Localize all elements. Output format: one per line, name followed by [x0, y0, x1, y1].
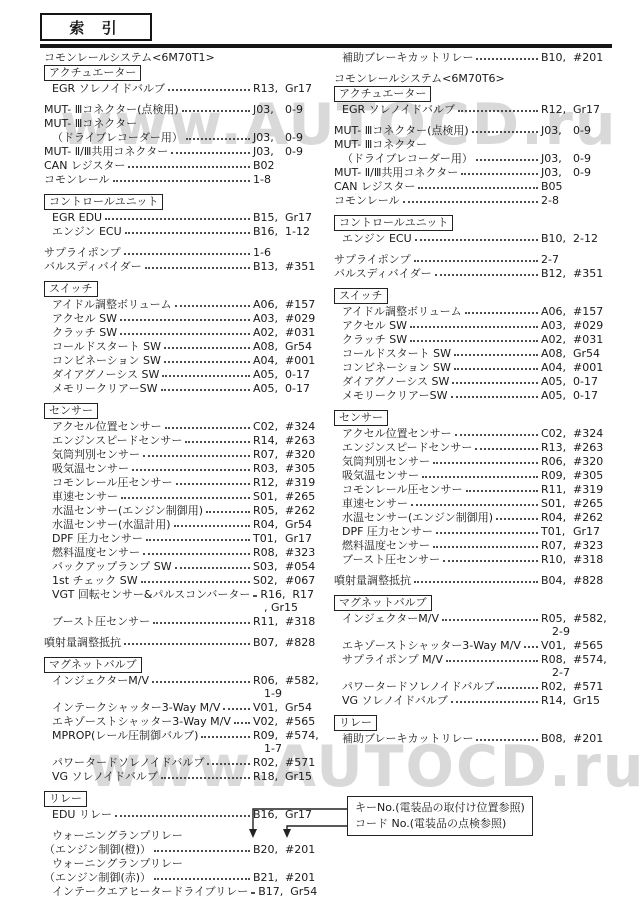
entry-label-row: ウォーニングランプリレー [44, 828, 320, 842]
entry-code: R09,#305 [541, 469, 618, 482]
dotted-leader [436, 532, 538, 534]
spacer [44, 395, 320, 402]
entry-code: 1-8 [253, 173, 320, 186]
entry-label: コモンレール圧センサー [44, 476, 173, 489]
spacer [44, 783, 320, 790]
index-entry-row: CAN レジスターB05 [334, 179, 618, 193]
index-entry-row: 気筒判別センサーR06,#320 [334, 454, 618, 468]
entry-label: クラッチ SW [44, 326, 117, 339]
dotted-leader [497, 687, 538, 689]
entry-code-continuation: 2-9 [552, 625, 618, 638]
index-entry-row: コモンレール2-8 [334, 193, 618, 207]
page-title-box: 索 引 [40, 13, 152, 41]
entry-code-no: #828 [285, 636, 315, 649]
dotted-leader [125, 232, 250, 234]
entry-code: A05,0-17 [541, 375, 618, 388]
dotted-leader [124, 253, 250, 255]
entry-key-no: A02, [253, 326, 285, 339]
legend-line-code: コード No.(電装品の点検参照) [355, 816, 525, 832]
section-heading: センサー [334, 410, 388, 426]
entry-key-no: 2-7 [541, 253, 573, 266]
index-entry-row: コールドスタート SWA08,Gr54 [334, 346, 618, 360]
entry-code-no: R17 [292, 588, 314, 601]
entry-key-no: J03, [541, 124, 573, 137]
entry-key-no: B12, [541, 267, 573, 280]
entry-code: R14,#263 [253, 434, 320, 447]
spacer [334, 116, 618, 123]
entry-code: B08,#201 [541, 732, 618, 745]
entry-code: T01,Gr17 [541, 525, 618, 538]
entry-code-no: 0-17 [573, 389, 598, 402]
section-heading: アクチュエーター [334, 86, 431, 102]
dotted-leader [164, 347, 250, 349]
entry-code: A05,0-17 [253, 368, 320, 381]
entry-code-no: #054 [285, 560, 315, 573]
entry-key-no: R02, [253, 756, 285, 769]
entry-label: VG ソレノイドバルブ [44, 770, 158, 783]
section-heading-row: アクチュエーター [44, 64, 320, 81]
entry-code: R04,Gr54 [253, 518, 320, 531]
entry-label: アクセル SW [44, 312, 117, 325]
entry-code-no: #318 [285, 615, 315, 628]
entry-key-no: A02, [541, 333, 573, 346]
entry-code: T01,Gr17 [253, 532, 320, 545]
entry-label: コンビネーション SW [334, 361, 451, 374]
entry-key-no: R11, [253, 615, 285, 628]
index-entry-row: 吸気温センサーR03,#305 [44, 461, 320, 475]
entry-code: B20,#201 [253, 843, 320, 856]
dotted-leader [223, 708, 250, 710]
entry-key-no: J03, [253, 145, 285, 158]
entry-key-no: S02, [253, 574, 285, 587]
entry-label: ウォーニングランプリレー [44, 857, 183, 870]
dotted-leader [458, 110, 538, 112]
entry-label: 水温センサー(エンジン制御用) [44, 504, 203, 517]
index-entry-row: VGT 回転センサー&パルスコンバーターR16,R17 [44, 587, 320, 601]
entry-code-no: #571 [573, 680, 603, 693]
entry-code: B21,#201 [253, 871, 320, 884]
entry-label: エンジンスピードセンサー [44, 434, 182, 447]
index-entry-row: VG ソレノイドバルブR18,Gr15 [44, 769, 320, 783]
spacer [44, 238, 320, 245]
entry-code-no: Gr54 [285, 518, 312, 531]
index-entry-row: 水温センサー(エンジン制御用)R05,#262 [44, 503, 320, 517]
index-entry-row: MPROP(レール圧制御バルブ)R09,#574, [44, 728, 320, 742]
entry-code: 2-7 [541, 253, 618, 266]
entry-code: R12,Gr17 [541, 103, 618, 116]
entry-label: クラッチ SW [334, 333, 407, 346]
dotted-leader [524, 646, 538, 648]
dotted-leader [451, 701, 538, 703]
spacer [334, 207, 618, 214]
entry-code: 2-8 [541, 194, 618, 207]
entry-key-no: 1-6 [253, 246, 285, 259]
entry-label: メモリークリアーSW [44, 382, 158, 395]
index-entry-row: エンジンスピードセンサーR14,#263 [44, 433, 320, 447]
entry-code-no: 0-17 [285, 382, 310, 395]
entry-code-no: #262 [285, 504, 315, 517]
dotted-leader [171, 152, 250, 154]
entry-label: サプライポンプ [44, 246, 121, 259]
entry-code: A08,Gr54 [541, 347, 618, 360]
entry-key-no: R10, [541, 553, 573, 566]
index-entry-row: クラッチ SWA02,#031 [334, 332, 618, 346]
entry-key-no: J03, [541, 152, 573, 165]
entry-code: R18,Gr15 [253, 770, 320, 783]
entry-label: （ドライブレコーダー用） [44, 131, 183, 144]
dotted-leader [446, 660, 538, 662]
index-entry-row: メモリークリアーSWA05,0-17 [334, 388, 618, 402]
entry-key-no: C02, [253, 420, 285, 433]
entry-key-no: B21, [253, 871, 285, 884]
entry-key-no: S03, [253, 560, 285, 573]
entry-code-no: #263 [573, 441, 603, 454]
entry-key-no: A04, [253, 354, 285, 367]
entry-code: A08,Gr54 [253, 340, 320, 353]
dotted-leader [476, 739, 538, 741]
entry-label: EGR ソレノイドバルブ [44, 82, 165, 95]
entry-code: A06,#157 [541, 305, 618, 318]
dotted-leader [433, 462, 538, 464]
section-title: コモンレールシステム<6M70T1> [44, 51, 215, 64]
dotted-leader [465, 312, 538, 314]
entry-label: アイドル調整ボリューム [334, 305, 462, 318]
entry-code-no: #323 [573, 539, 603, 552]
entry-key-no: R09, [541, 469, 573, 482]
section-heading-row: スイッチ [334, 287, 618, 304]
index-entry-row: （ドライブレコーダー用）J03,0-9 [334, 151, 618, 165]
entry-key-no: B16, [253, 808, 285, 821]
entry-code: R11,#319 [541, 483, 618, 496]
entry-code-no: #029 [573, 319, 603, 332]
entry-code: B05 [541, 180, 618, 193]
entry-code: B15,Gr17 [253, 211, 320, 224]
index-entry-row: アイドル調整ボリュームA06,#157 [334, 304, 618, 318]
entry-code: A05,0-17 [541, 389, 618, 402]
entry-key-no: V02, [253, 715, 285, 728]
dotted-leader [206, 511, 250, 513]
entry-key-no: T01, [253, 532, 285, 545]
entry-label: CAN レジスター [334, 180, 415, 193]
section-title-row: コモンレールシステム<6M70T1> [44, 50, 320, 64]
entry-key-no: B10, [541, 51, 573, 64]
index-entry-row: コモンレール1-8 [44, 172, 320, 186]
entry-key-no: R12, [541, 103, 573, 116]
dotted-leader [143, 455, 250, 457]
dotted-leader [145, 267, 250, 269]
spacer [44, 628, 320, 635]
dotted-leader [176, 483, 250, 485]
entry-code: V01,Gr54 [253, 701, 320, 714]
index-entry-row: アクセル SWA03,#029 [334, 318, 618, 332]
section-heading-row: リレー [334, 714, 618, 731]
entry-key-no: R08, [541, 653, 573, 666]
entry-code: J03,0-9 [541, 124, 618, 137]
entry-label: 吸気温センサー [44, 462, 129, 475]
entry-label: 水温センサー(エンジン制御用) [334, 511, 493, 524]
index-entry-row: MUT- Ⅲコネクター(点検用)J03,0-9 [44, 102, 320, 116]
entry-label: 噴射量調整抵抗 [334, 574, 411, 587]
dotted-leader [161, 389, 250, 391]
entry-code: R06,#582, [253, 674, 320, 687]
dotted-leader [451, 396, 538, 398]
index-entry-row: サプライポンプ2-7 [334, 252, 618, 266]
entry-code-no: #031 [285, 326, 315, 339]
entry-code-no: #262 [573, 511, 603, 524]
entry-code: R13,Gr17 [253, 82, 320, 95]
entry-code: C02,#324 [541, 427, 618, 440]
spacer [334, 402, 618, 409]
index-entry-row: バルスディバイダーB12,#351 [334, 266, 618, 280]
entry-label: 補助ブレーキカットリレー [334, 732, 473, 745]
entry-code-no: #263 [285, 434, 315, 447]
entry-code-no: Gr17 [285, 532, 312, 545]
index-entry-row: クラッチ SWA02,#031 [44, 325, 320, 339]
entry-code: R05,#582, [541, 612, 618, 625]
dotted-leader [454, 354, 538, 356]
entry-code: A03,#029 [541, 319, 618, 332]
index-entry-row: ダイアグノーシス SWA05,0-17 [334, 374, 618, 388]
section-heading-row: センサー [334, 409, 618, 426]
entry-code: A06,#157 [253, 298, 320, 311]
entry-label: （エンジン制御(赤)） [44, 871, 151, 884]
entry-code-no: #582, [285, 674, 319, 687]
entry-code-no: 0-9 [285, 131, 303, 144]
index-entry-row: コンビネーション SWA04,#001 [44, 353, 320, 367]
entry-key-no: A03, [541, 319, 573, 332]
entry-label: コモンレール圧センサー [334, 483, 463, 496]
entry-code-no: #351 [573, 267, 603, 280]
index-entry-row: （エンジン制御(赤)）B21,#201 [44, 870, 320, 884]
index-entry-row: エキゾーストシャッター3-Way M/VV02,#565 [44, 714, 320, 728]
entry-key-no: R06, [253, 674, 285, 687]
entry-label: サプライポンプ M/V [334, 653, 443, 666]
index-entry-row: VG ソレノイドバルブR14,Gr15 [334, 693, 618, 707]
entry-code-no: #305 [285, 462, 315, 475]
entry-code-no: #324 [573, 427, 603, 440]
dotted-leader [152, 681, 250, 683]
entry-key-no: A08, [541, 347, 573, 360]
entry-label: パワータードソレノイドバルブ [334, 680, 494, 693]
dotted-leader [410, 326, 538, 328]
dotted-leader [143, 553, 250, 555]
entry-code: J03,0-9 [541, 152, 618, 165]
entry-label: 1st チェック SW [44, 574, 138, 587]
index-entry-row: ブースト圧センサーR11,#318 [44, 614, 320, 628]
entry-code-continuation: 2-7 [552, 666, 618, 679]
entry-key-no: B07, [253, 636, 285, 649]
entry-label: エンジンスピードセンサー [334, 441, 472, 454]
entry-key-no: C02, [541, 427, 573, 440]
entry-code-no: Gr54 [285, 701, 312, 714]
dotted-leader [433, 546, 538, 548]
entry-label: MUT- Ⅲコネクター(点検用) [44, 103, 179, 116]
entry-code-no: Gr17 [573, 525, 600, 538]
entry-label: エキゾーストシャッター3-Way M/V [334, 639, 521, 652]
entry-label: バルスディバイダー [44, 260, 142, 273]
section-heading: アクチュエーター [44, 65, 141, 81]
entry-label: 水温センサー(水温計用) [44, 518, 171, 531]
spacer [44, 821, 320, 828]
entry-code-no: 2-12 [573, 232, 598, 245]
section-heading: リレー [44, 791, 87, 807]
entry-code: R07,#323 [541, 539, 618, 552]
legend-callout-box: キーNo.(電装品の取付け位置参照) コード No.(電装品の点検参照) [347, 796, 533, 836]
entry-code-no: Gr15 [285, 770, 312, 783]
index-entry-row: 水温センサー(エンジン制御用)R04,#262 [334, 510, 618, 524]
entry-code: R08,#574, [541, 653, 618, 666]
dotted-leader [414, 581, 538, 583]
dotted-leader [414, 260, 538, 262]
entry-label: 気筒判別センサー [44, 448, 140, 461]
dotted-leader [124, 643, 250, 645]
index-entry-row: 車速センサーS01,#265 [334, 496, 618, 510]
index-entry-row: アクセル位置センサーC02,#324 [44, 419, 320, 433]
index-entry-row: エンジンスピードセンサーR13,#263 [334, 440, 618, 454]
entry-code: B07,#828 [253, 636, 320, 649]
spacer [334, 707, 618, 714]
entry-label: インテークエアヒータードライブリレー [44, 885, 248, 898]
index-entry-row: バックアップランプ SWS03,#054 [44, 559, 320, 573]
entry-label: DPF 圧力センサー [44, 532, 143, 545]
dotted-leader [132, 469, 250, 471]
entry-code: R05,#262 [253, 504, 320, 517]
entry-key-no: B02 [253, 159, 285, 172]
entry-code-no: 0-17 [573, 375, 598, 388]
entry-label: エキゾーストシャッター3-Way M/V [44, 715, 231, 728]
entry-code-no: Gr54 [290, 885, 317, 898]
entry-code: B02 [253, 159, 320, 172]
entry-key-no: A04, [541, 361, 573, 374]
entry-key-no: A08, [253, 340, 285, 353]
entry-label-row: ウォーニングランプリレー [44, 856, 320, 870]
dotted-leader [207, 763, 250, 765]
entry-code: S01,#265 [253, 490, 320, 503]
entry-key-no: R13, [541, 441, 573, 454]
entry-code-no: 0-9 [285, 145, 303, 158]
entry-label: アクセル SW [334, 319, 407, 332]
entry-key-no: R16, [260, 588, 292, 601]
entry-code-no: Gr54 [573, 347, 600, 360]
index-entry-row: コールドスタート SWA08,Gr54 [44, 339, 320, 353]
spacer [44, 273, 320, 280]
entry-label: 吸気温センサー [334, 469, 419, 482]
entry-code-no: 0-17 [285, 368, 310, 381]
entry-code: B12,#351 [541, 267, 618, 280]
dotted-leader [476, 159, 538, 161]
entry-label: MUT- Ⅲコネクター [44, 117, 137, 130]
entry-code-no: Gr15 [573, 694, 600, 707]
entry-key-no: R04, [253, 518, 285, 531]
index-entry-row: 吸気温センサーR09,#305 [334, 468, 618, 482]
entry-code-no: #324 [285, 420, 315, 433]
entry-code: A02,#031 [253, 326, 320, 339]
entry-label: 燃料温度センサー [44, 546, 140, 559]
entry-label: コールドスタート SW [334, 347, 451, 360]
entry-label: 補助ブレーキカットリレー [334, 51, 473, 64]
entry-code-continuation-row: , Gr15 [44, 601, 320, 614]
index-column-left: コモンレールシステム<6M70T1>アクチュエーターEGR ソレノイドバルブR1… [44, 50, 320, 898]
entry-label: コモンレール [334, 194, 400, 207]
entry-key-no: R09, [253, 729, 285, 742]
entry-key-no: R03, [253, 462, 285, 475]
section-heading: センサー [44, 403, 98, 419]
entry-code-no: #201 [285, 871, 315, 884]
dotted-leader [120, 333, 250, 335]
index-entry-row: インジェクターM/VR06,#582, [44, 673, 320, 687]
entry-key-no: B13, [253, 260, 285, 273]
entry-code-no: #319 [285, 476, 315, 489]
entry-label: アクセル位置センサー [334, 427, 452, 440]
index-entry-row: ダイアグノーシス SWA05,0-17 [44, 367, 320, 381]
entry-key-no: S01, [541, 497, 573, 510]
index-entry-row: DPF 圧力センサーT01,Gr17 [334, 524, 618, 538]
entry-code: V01,#565 [541, 639, 618, 652]
entry-code: A05,0-17 [253, 382, 320, 395]
spacer [44, 186, 320, 193]
entry-code-no: #565 [285, 715, 315, 728]
entry-code-no: #574, [573, 653, 607, 666]
entry-key-no: A03, [253, 312, 285, 325]
entry-key-no: R18, [253, 770, 285, 783]
spacer [334, 587, 618, 594]
entry-key-no: B16, [253, 225, 285, 238]
dotted-leader [461, 173, 538, 175]
entry-label: アクセル位置センサー [44, 420, 162, 433]
entry-code-no: #571 [285, 756, 315, 769]
entry-label: バルスディバイダー [334, 267, 432, 280]
index-entry-row: EGR ソレノイドバルブR13,Gr17 [44, 81, 320, 95]
entry-code-no: #582, [573, 612, 607, 625]
entry-code-no: Gr54 [285, 340, 312, 353]
entry-code: R09,#574, [253, 729, 320, 742]
entry-label: インジェクターM/V [44, 674, 149, 687]
entry-key-no: A06, [541, 305, 573, 318]
dotted-leader [442, 619, 538, 621]
entry-key-no: S01, [253, 490, 285, 503]
entry-label: インテークシャッター3-Way M/V [44, 701, 220, 714]
index-entry-row: アイドル調整ボリュームA06,#157 [44, 297, 320, 311]
index-entry-row: （ドライブレコーダー用）J03,0-9 [44, 130, 320, 144]
dotted-leader [121, 497, 250, 499]
index-entry-row: MUT- Ⅲコネクター(点検用)J03,0-9 [334, 123, 618, 137]
entry-label: メモリークリアーSW [334, 389, 448, 402]
manual-index-page: www.AUTOCD.ru www.AUTOCD.ru 索 引 コモンレールシス… [0, 0, 640, 905]
entry-code: C02,#324 [253, 420, 320, 433]
entry-code-no: #828 [573, 574, 603, 587]
entry-key-no: R07, [541, 539, 573, 552]
entry-key-no: B10, [541, 232, 573, 245]
entry-label: 車速センサー [334, 497, 408, 510]
index-entry-row: 気筒判別センサーR07,#320 [44, 447, 320, 461]
entry-code-no: 0-9 [573, 124, 591, 137]
index-entry-row: サプライポンプ M/VR08,#574, [334, 652, 618, 666]
entry-key-no: B20, [253, 843, 285, 856]
dotted-leader [175, 567, 250, 569]
dotted-leader [185, 441, 250, 443]
index-entry-row: インテークエアヒータードライブリレーB17,Gr54 [44, 884, 320, 898]
entry-code: R02,#571 [253, 756, 320, 769]
index-entry-row: エキゾーストシャッター3-Way M/VV01,#565 [334, 638, 618, 652]
entry-key-no: A06, [253, 298, 285, 311]
entry-key-no: A05, [541, 375, 573, 388]
entry-key-no: A05, [541, 389, 573, 402]
dotted-leader [154, 850, 250, 852]
entry-code: B16,Gr17 [253, 808, 320, 821]
entry-key-no: R13, [253, 82, 285, 95]
index-entry-row: エンジン ECUB16,1-12 [44, 224, 320, 238]
entry-label: DPF 圧力センサー [334, 525, 433, 538]
